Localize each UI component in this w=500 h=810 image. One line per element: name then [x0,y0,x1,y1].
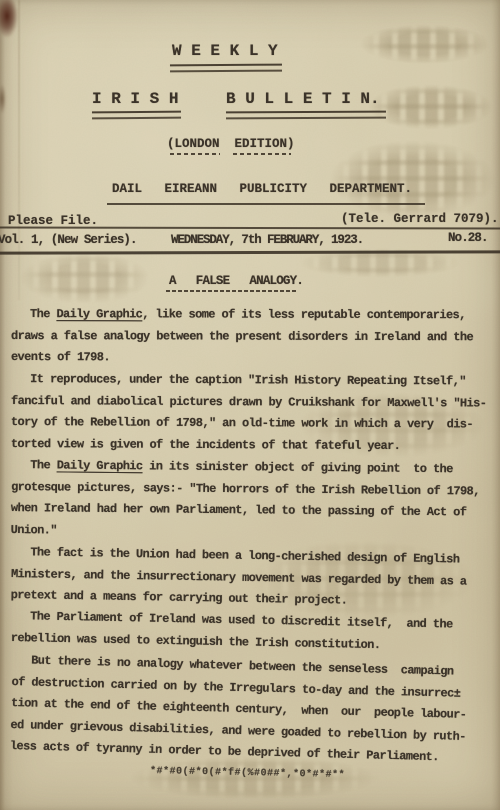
body-line: tory of the Rebellion of 1798," an old-t… [11,412,493,436]
daily-graphic-underlined: Daily Graphic [57,459,143,474]
line-text: The [30,458,57,472]
edition-dash-underline [170,153,220,155]
body-line: The Daily Graphic, like some of its less… [11,304,493,327]
paragraph: It reproduces, under the caption "Irish … [11,369,493,458]
paragraph: But there is no analogy whatever between… [10,650,495,771]
body-line: torted view is given of the incidents of… [11,434,493,458]
bleedthrough-text-patch [360,24,490,64]
footer-ornament-row: *#*#0(#*0(#*f#(%#0##*,*0*#*#** [150,766,345,781]
paper-crease [18,0,20,300]
headline-dash-underline [166,290,298,292]
bleedthrough-text-patch [20,252,150,304]
edge-smudge [0,84,6,114]
scanned-bulletin-page: W E E K L Y I R I S H B U L L E T I N. (… [0,0,500,810]
masthead-irish: I R I S H [92,90,178,108]
paragraph: The Daily Graphic in its sinister object… [11,455,494,546]
article-headline: A FALSE ANALOGY. [169,274,303,288]
irish-double-underline [92,111,181,120]
daily-graphic-underlined: Daily Graphic [56,307,142,321]
edition-label: (LONDON EDITION) [167,137,295,151]
telephone-number: (Tele. Gerrard 7079). [341,212,499,226]
paragraph: The Daily Graphic, like some of its less… [11,304,493,370]
article-body: The Daily Graphic, like some of its less… [11,304,493,757]
volume-label: Vol. 1, (New Series). [0,233,137,247]
department-underline [107,203,425,205]
paragraph: The fact is the Union had been a long-ch… [10,542,493,615]
binding-ink-stain [0,0,18,38]
body-line: events of 1798. [11,347,493,370]
meta-rule [0,226,500,229]
body-line: draws a false analogy between the presen… [11,326,493,349]
masthead-weekly: W E E K L Y [172,42,278,60]
body-line: fanciful and diabolical pictures drawn b… [11,390,493,414]
bleedthrough-text-patch [368,84,493,130]
issue-date: WEDNESDAY, 7th FEBRUARY, 1923. [171,233,363,247]
masthead-bulletin: B U L L E T I N. [226,90,380,108]
edition-dash-underline [233,153,291,155]
department-label: DAIL EIREANN PUBLICITY DEPARTMENT. [112,182,412,196]
body-line: It reproduces, under the caption "Irish … [11,369,493,393]
issue-number: No.28. [448,231,488,245]
meta-heavy-rule [0,250,500,254]
line-text: The [30,307,56,321]
line-text: , like some of its less reputable contem… [142,307,466,322]
bulletin-double-underline [226,111,386,120]
bleedthrough-text-patch [330,140,495,218]
weekly-double-underline [170,64,282,73]
line-text: in its sinister object of giving point t… [142,459,452,476]
